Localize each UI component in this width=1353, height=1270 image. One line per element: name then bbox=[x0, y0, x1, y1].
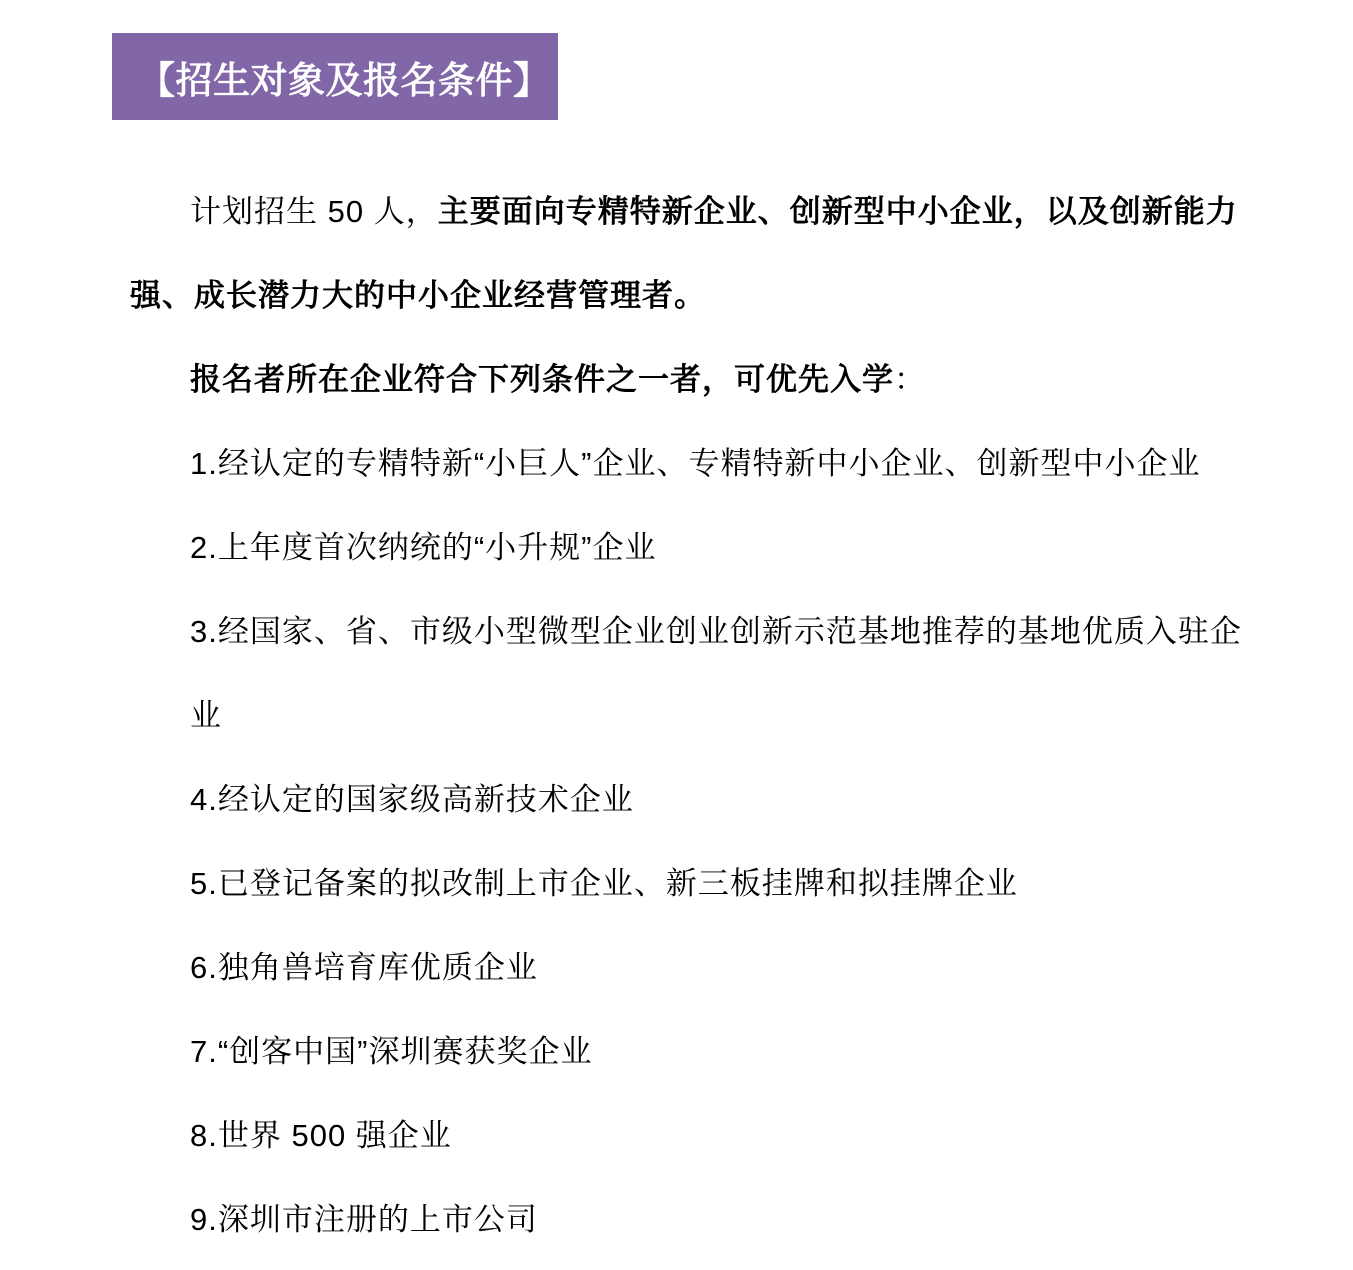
priority-heading-colon: ： bbox=[894, 362, 926, 397]
list-item-6-text: 6.独角兽培育库优质企业 bbox=[190, 950, 538, 985]
list-item-1-text: 1.经认定的专精特新“小巨人”企业、专精特新中小企业、创新型中小企业 bbox=[190, 446, 1201, 481]
list-item-3-line-2: 业 bbox=[130, 674, 1253, 758]
list-item-4: 4.经认定的国家级高新技术企业 bbox=[130, 758, 1253, 842]
list-item-9-text: 9.深圳市注册的上市公司 bbox=[190, 1202, 538, 1237]
list-item-2-text: 2.上年度首次纳统的“小升规”企业 bbox=[190, 530, 657, 565]
section-header-banner: 【招生对象及报名条件】 bbox=[112, 33, 558, 120]
list-item-9: 9.深圳市注册的上市公司 bbox=[130, 1178, 1253, 1262]
list-item-8-text: 8.世界 500 强企业 bbox=[190, 1118, 452, 1153]
list-item-1: 1.经认定的专精特新“小巨人”企业、专精特新中小企业、创新型中小企业 bbox=[130, 422, 1253, 506]
intro-paragraph-line-2: 强、成长潜力大的中小企业经营管理者。 bbox=[130, 254, 1253, 338]
intro-paragraph-line-1: 计划招生 50 人，主要面向专精特新企业、创新型中小企业，以及创新能力 bbox=[130, 170, 1253, 254]
list-item-3-line-1: 3.经国家、省、市级小型微型企业创业创新示范基地推荐的基地优质入驻企 bbox=[130, 590, 1253, 674]
document-body: 计划招生 50 人，主要面向专精特新企业、创新型中小企业，以及创新能力 强、成长… bbox=[0, 120, 1353, 1262]
list-item-8: 8.世界 500 强企业 bbox=[130, 1094, 1253, 1178]
list-item-3-text: 3.经国家、省、市级小型微型企业创业创新示范基地推荐的基地优质入驻企 bbox=[190, 614, 1242, 649]
list-item-3-text-wrap: 业 bbox=[190, 698, 222, 733]
list-item-5-text: 5.已登记备案的拟改制上市企业、新三板挂牌和拟挂牌企业 bbox=[190, 866, 1018, 901]
priority-heading-text: 报名者所在企业符合下列条件之一者，可优先入学 bbox=[190, 362, 894, 397]
intro-normal-text: 计划招生 50 人， bbox=[190, 194, 438, 229]
list-item-6: 6.独角兽培育库优质企业 bbox=[130, 926, 1253, 1010]
list-item-4-text: 4.经认定的国家级高新技术企业 bbox=[190, 782, 634, 817]
list-item-2: 2.上年度首次纳统的“小升规”企业 bbox=[130, 506, 1253, 590]
list-item-7: 7.“创客中国”深圳赛获奖企业 bbox=[130, 1010, 1253, 1094]
intro-bold-text-wrap: 强、成长潜力大的中小企业经营管理者。 bbox=[130, 278, 706, 313]
priority-heading: 报名者所在企业符合下列条件之一者，可优先入学： bbox=[130, 338, 1253, 422]
section-title: 【招生对象及报名条件】 bbox=[138, 50, 551, 104]
list-item-7-text: 7.“创客中国”深圳赛获奖企业 bbox=[190, 1034, 593, 1069]
intro-bold-text: 主要面向专精特新企业、创新型中小企业，以及创新能力 bbox=[438, 194, 1238, 229]
list-item-5: 5.已登记备案的拟改制上市企业、新三板挂牌和拟挂牌企业 bbox=[130, 842, 1253, 926]
